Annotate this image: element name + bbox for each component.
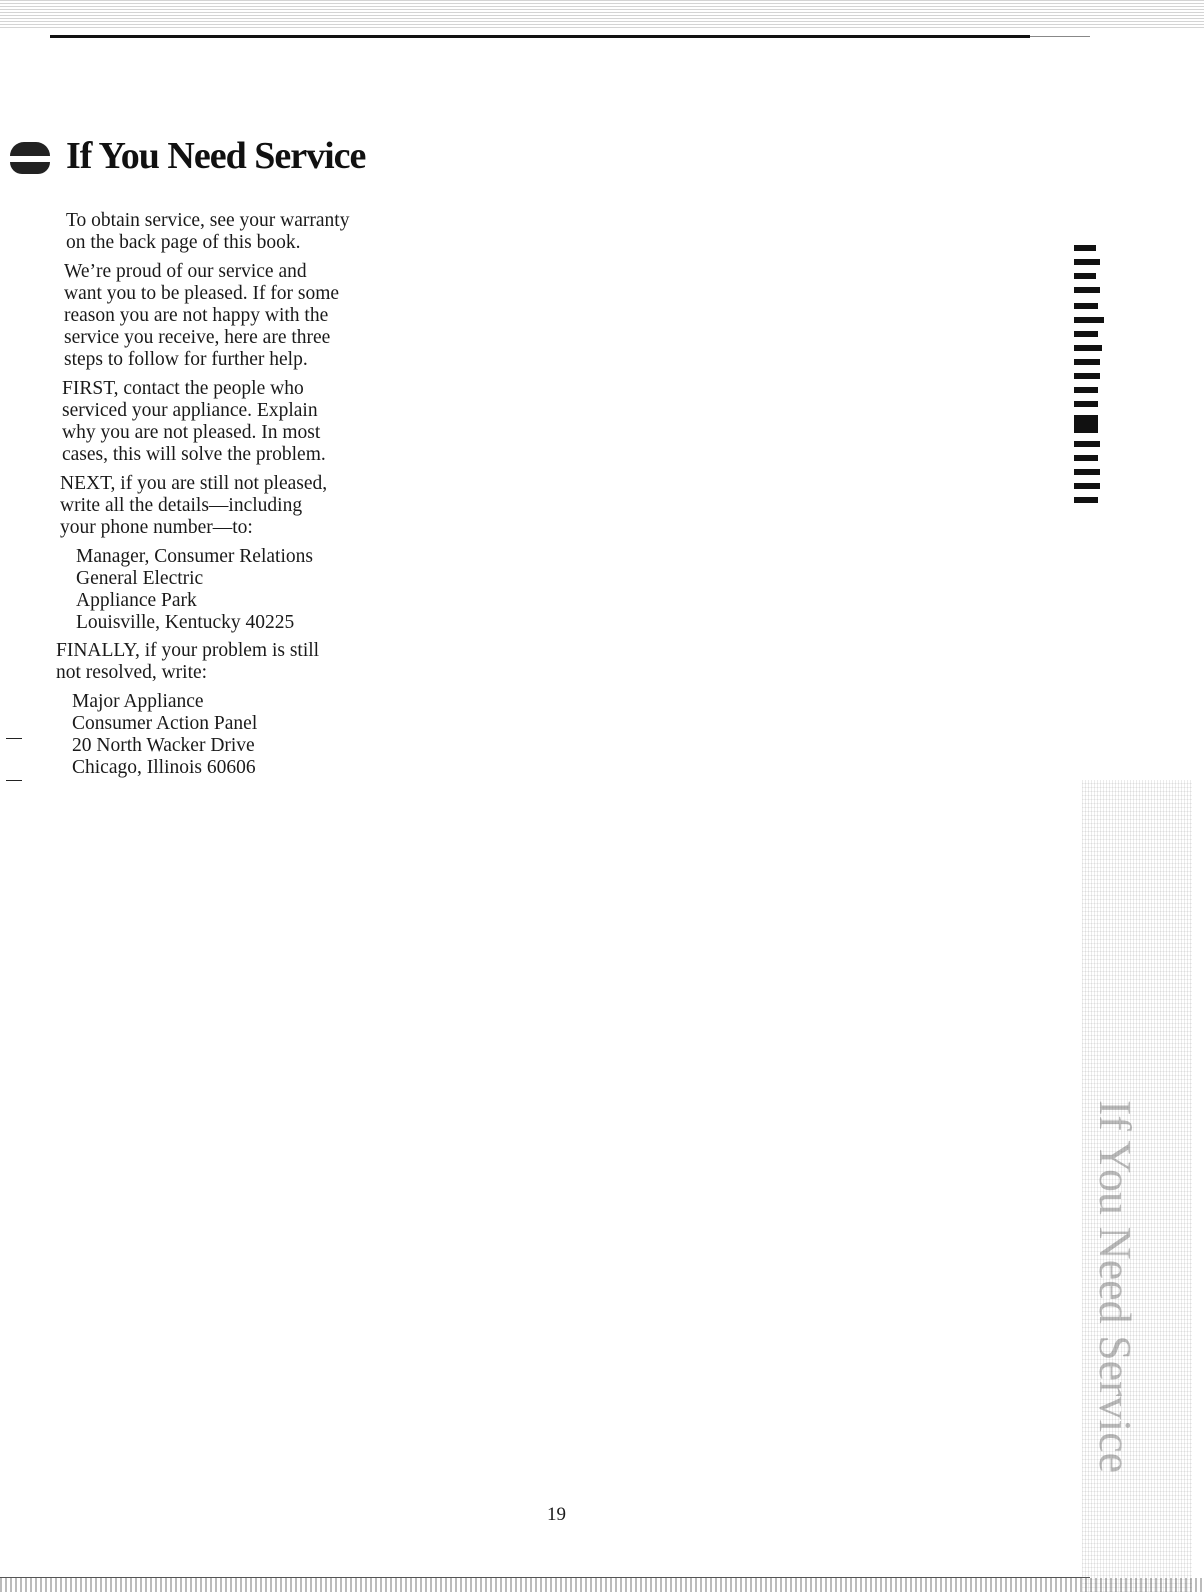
address-action-panel: Major Appliance Consumer Action Panel 20…: [56, 691, 376, 779]
header-rule: [50, 35, 1030, 38]
paragraph-proud: We’re proud of our service and want you …: [56, 261, 376, 371]
address-consumer-relations: Manager, Consumer Relations General Elec…: [56, 546, 376, 634]
scan-noise-bottom: [0, 1578, 1204, 1592]
page-heading: If You Need Service: [8, 132, 365, 180]
margin-mark: [6, 738, 22, 739]
page-title: If You Need Service: [66, 134, 365, 178]
edge-index-marks: [1074, 245, 1124, 511]
paragraph-first: FIRST, contact the people who serviced y…: [56, 378, 376, 466]
paragraph-finally: FINALLY, if your problem is still not re…: [56, 640, 376, 684]
header-rule-fade: [1030, 36, 1090, 37]
section-edge-tab-label: If You Need Service: [1089, 1100, 1142, 1473]
body-column: To obtain service, see your warranty on …: [56, 210, 376, 785]
ge-monogram-icon: [8, 132, 48, 180]
page-number: 19: [547, 1504, 566, 1526]
paragraph-next: NEXT, if you are still not pleased, writ…: [56, 473, 376, 539]
scan-noise-top: [0, 0, 1204, 30]
paragraph-warranty: To obtain service, see your warranty on …: [56, 210, 376, 254]
margin-mark: [6, 780, 22, 781]
